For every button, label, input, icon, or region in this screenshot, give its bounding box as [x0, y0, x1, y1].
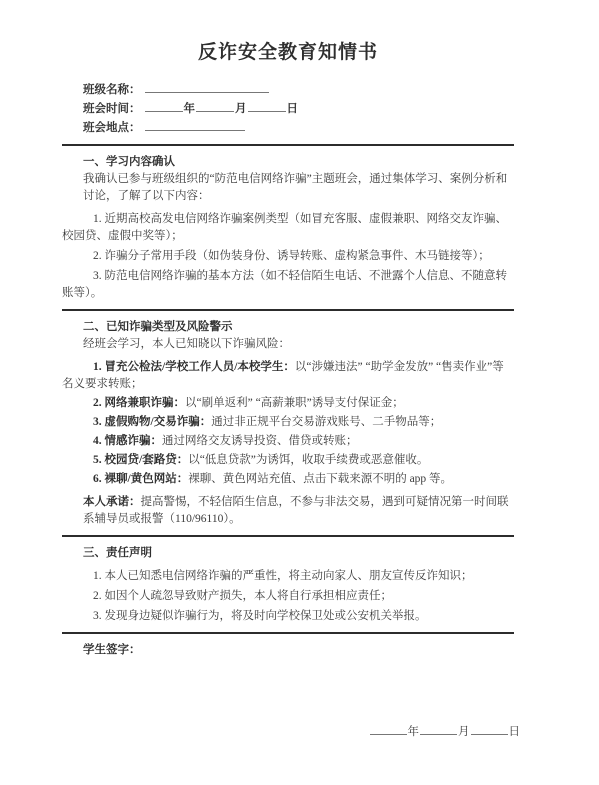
- meeting-time-label: 班会时间：: [83, 103, 141, 115]
- date-footer: 年月日: [369, 722, 521, 741]
- meeting-time-month-blank: [196, 99, 234, 112]
- section-2-heading: 二、已知诈骗类型及风险警示: [83, 318, 514, 336]
- promise-paragraph: 本人承诺：提高警惕，不轻信陌生信息，不参与非法交易，遇到可疑情况第一时间联系辅导…: [83, 494, 514, 528]
- section-divider: [62, 309, 514, 311]
- footer-month-blank: [420, 722, 457, 735]
- item-label: 1. 冒充公检法/学校工作人员/本校学生：: [93, 361, 295, 373]
- meeting-place-row: 班会地点：: [83, 118, 514, 137]
- item-label: 2. 网络兼职诈骗：: [93, 397, 185, 409]
- signature-label: 学生签字：: [83, 641, 514, 659]
- section-learning-confirmation: 一、学习内容确认 我确认已参与班级组织的“防范电信网络诈骗”主题班会，通过集体学…: [62, 153, 514, 302]
- day-unit-label: 日: [287, 103, 299, 115]
- meeting-place-blank: [145, 118, 245, 131]
- list-item: 1. 本人已知悉电信网络诈骗的严重性，将主动向家人、朋友宣传反诈知识；: [62, 568, 514, 585]
- item-label: 6. 裸聊/黄色网站：: [93, 473, 188, 485]
- footer-month-unit: 月: [458, 726, 470, 738]
- item-label: 3. 虚假购物/交易诈骗：: [93, 416, 211, 428]
- item-text: 通过非正规平台交易游戏账号、二手物品等；: [211, 416, 441, 428]
- section-fraud-types: 二、已知诈骗类型及风险警示 经班会学习，本人已知晓以下诈骗风险： 1. 冒充公检…: [62, 318, 514, 528]
- class-name-blank: [145, 80, 269, 93]
- meeting-time-year-blank: [145, 99, 183, 112]
- list-item: 4. 情感诈骗：通过网络交友诱导投资、借贷或转账；: [62, 433, 514, 450]
- section-responsibility: 三、责任声明 1. 本人已知悉电信网络诈骗的严重性，将主动向家人、朋友宣传反诈知…: [62, 544, 514, 625]
- section-divider: [62, 632, 514, 634]
- document-content: 反诈安全教育知情书 班级名称： 班会时间：年月日 班会地点： 一、学习内容确认 …: [0, 0, 599, 659]
- list-item: 3. 发现身边疑似诈骗行为，将及时向学校保卫处或公安机关举报。: [62, 608, 514, 625]
- meeting-time-day-blank: [248, 99, 286, 112]
- list-item: 3. 虚假购物/交易诈骗：通过非正规平台交易游戏账号、二手物品等；: [62, 414, 514, 431]
- section-divider: [62, 144, 514, 146]
- list-item: 2. 网络兼职诈骗：以“刷单返利” “高薪兼职”诱导支付保证金；: [62, 395, 514, 412]
- list-item: 1. 冒充公检法/学校工作人员/本校学生：以“涉嫌违法” “助学金发放” “售卖…: [62, 359, 514, 393]
- list-item: 3. 防范电信网络诈骗的基本方法（如不轻信陌生电话、不泄露个人信息、不随意转账等…: [62, 268, 514, 302]
- list-item: 6. 裸聊/黄色网站：裸聊、黄色网站充值、点击下载来源不明的 app 等。: [62, 471, 514, 488]
- class-name-label: 班级名称：: [83, 84, 141, 96]
- promise-label: 本人承诺：: [83, 496, 141, 508]
- year-unit-label: 年: [184, 103, 196, 115]
- list-item: 1. 近期高校高发电信网络诈骗案例类型（如冒充客服、虚假兼职、网络交友诈骗、校园…: [62, 211, 514, 245]
- item-text: 以“刷单返利” “高薪兼职”诱导支付保证金；: [185, 397, 404, 409]
- document-page: 反诈安全教育知情书 班级名称： 班会时间：年月日 班会地点： 一、学习内容确认 …: [0, 0, 599, 785]
- document-title: 反诈安全教育知情书: [62, 42, 514, 64]
- footer-day-blank: [471, 722, 508, 735]
- footer-year-unit: 年: [408, 726, 420, 738]
- section-1-heading: 一、学习内容确认: [83, 153, 514, 171]
- list-item: 5. 校园贷/套路贷：以“低息贷款”为诱饵，收取手续费或恶意催收。: [62, 452, 514, 469]
- meeting-place-label: 班会地点：: [83, 122, 141, 134]
- meeting-time-row: 班会时间：年月日: [83, 99, 514, 118]
- class-name-row: 班级名称：: [83, 80, 514, 99]
- month-unit-label: 月: [235, 103, 247, 115]
- list-item: 2. 诈骗分子常用手段（如伪装身份、诱导转账、虚构紧急事件、木马链接等）；: [62, 248, 514, 265]
- item-label: 4. 情感诈骗：: [93, 435, 162, 447]
- section-2-intro: 经班会学习，本人已知晓以下诈骗风险：: [83, 336, 514, 353]
- item-text: 以“低息贷款”为诱饵，收取手续费或恶意催收。: [188, 454, 428, 466]
- footer-day-unit: 日: [509, 726, 521, 738]
- item-label: 5. 校园贷/套路贷：: [93, 454, 188, 466]
- item-text: 裸聊、黄色网站充值、点击下载来源不明的 app 等。: [188, 473, 452, 485]
- footer-year-blank: [370, 722, 407, 735]
- list-item: 2. 如因个人疏忽导致财产损失，本人将自行承担相应责任；: [62, 588, 514, 605]
- section-3-heading: 三、责任声明: [83, 544, 514, 562]
- section-divider: [62, 535, 514, 537]
- item-text: 通过网络交友诱导投资、借贷或转账；: [162, 435, 358, 447]
- section-1-intro: 我确认已参与班级组织的“防范电信网络诈骗”主题班会，通过集体学习、案例分析和讨论…: [83, 171, 514, 205]
- header-fields: 班级名称： 班会时间：年月日 班会地点：: [83, 80, 514, 137]
- promise-text: 提高警惕，不轻信陌生信息，不参与非法交易，遇到可疑情况第一时间联系辅导员或报警（…: [83, 496, 509, 525]
